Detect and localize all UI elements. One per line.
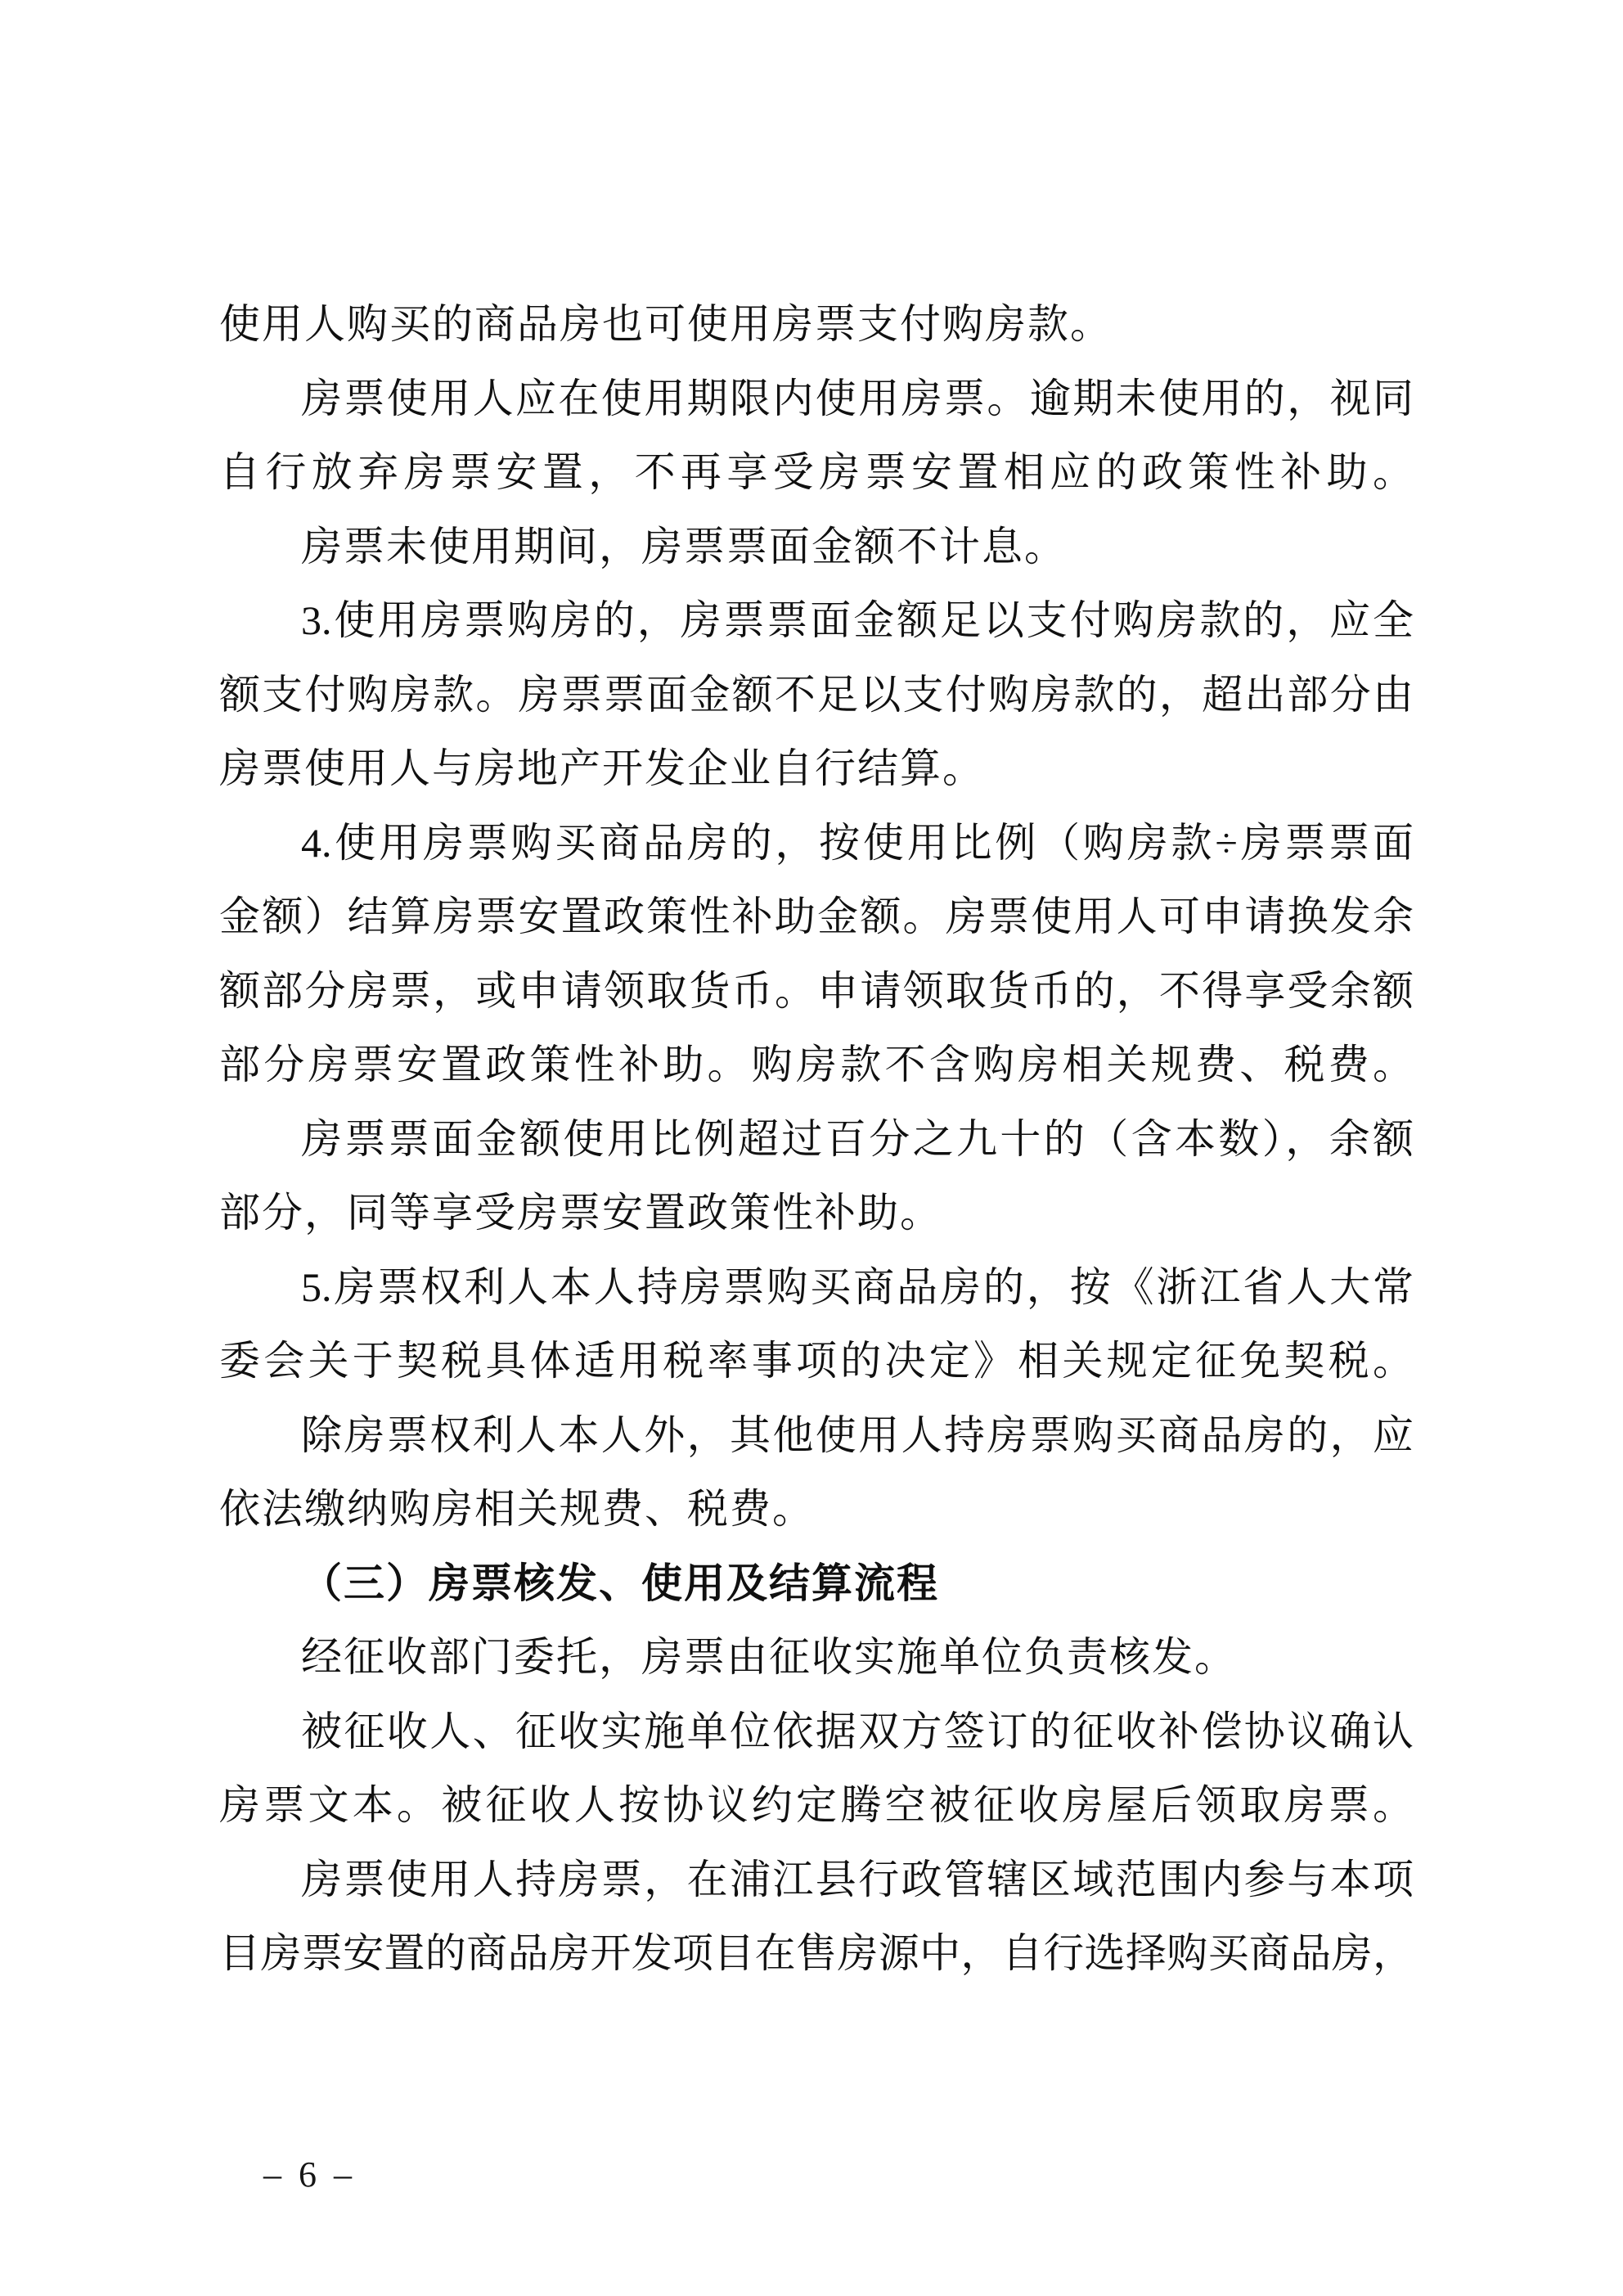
text-line: 4.使用房票购买商品房的，按使用比例（购房款÷房票票面 xyxy=(219,806,1414,880)
text-line: 房票票面金额使用比例超过百分之九十的（含本数），余额 xyxy=(219,1102,1414,1177)
text-line: 房票未使用期间，房票票面金额不计息。 xyxy=(219,510,1414,584)
text-line: 自行放弃房票安置，不再享受房票安置相应的政策性补助。 xyxy=(219,435,1414,510)
text-line: 依法缴纳购房相关规费、税费。 xyxy=(219,1472,1414,1546)
text-line: 额部分房票，或申请领取货币。申请领取货币的，不得享受余额 xyxy=(219,954,1414,1029)
text-line: 3.使用房票购房的，房票票面金额足以支付购房款的，应全 xyxy=(219,583,1414,658)
text-line: 目房票安置的商品房开发项目在售房源中，自行选择购买商品房， xyxy=(219,1916,1414,1991)
text-line: 经征收部门委托，房票由征收实施单位负责核发。 xyxy=(219,1620,1414,1695)
text-line: 房票文本。被征收人按协议约定腾空被征收房屋后领取房票。 xyxy=(219,1768,1414,1843)
text-line: 房票使用人与房地产开发企业自行结算。 xyxy=(219,732,1414,806)
text-line: 额支付购房款。房票票面金额不足以支付购房款的，超出部分由 xyxy=(219,658,1414,732)
text-line: 房票使用人应在使用期限内使用房票。逾期未使用的，视同 xyxy=(219,362,1414,436)
text-line: 部分房票安置政策性补助。购房款不含购房相关规费、税费。 xyxy=(219,1028,1414,1102)
body-text: 使用人购买的商品房也可使用房票支付购房款。房票使用人应在使用期限内使用房票。逾期… xyxy=(219,287,1414,1991)
section-heading: （三）房票核发、使用及结算流程 xyxy=(219,1546,1414,1621)
page-footer: – 6 – xyxy=(263,2150,356,2199)
text-line: 5.房票权利人本人持房票购买商品房的，按《浙江省人大常 xyxy=(219,1250,1414,1325)
text-line: 部分，同等享受房票安置政策性补助。 xyxy=(219,1176,1414,1250)
text-line: 金额）结算房票安置政策性补助金额。房票使用人可申请换发余 xyxy=(219,880,1414,954)
document-page: 使用人购买的商品房也可使用房票支付购房款。房票使用人应在使用期限内使用房票。逾期… xyxy=(0,0,1623,2296)
page-number: – 6 – xyxy=(263,2154,356,2195)
text-line: 委会关于契税具体适用税率事项的决定》相关规定征免契税。 xyxy=(219,1324,1414,1398)
text-line: 使用人购买的商品房也可使用房票支付购房款。 xyxy=(219,287,1414,362)
text-line: 除房票权利人本人外，其他使用人持房票购买商品房的，应 xyxy=(219,1398,1414,1473)
text-line: 被征收人、征收实施单位依据双方签订的征收补偿协议确认 xyxy=(219,1695,1414,1769)
text-line: 房票使用人持房票，在浦江县行政管辖区域范围内参与本项 xyxy=(219,1843,1414,1917)
